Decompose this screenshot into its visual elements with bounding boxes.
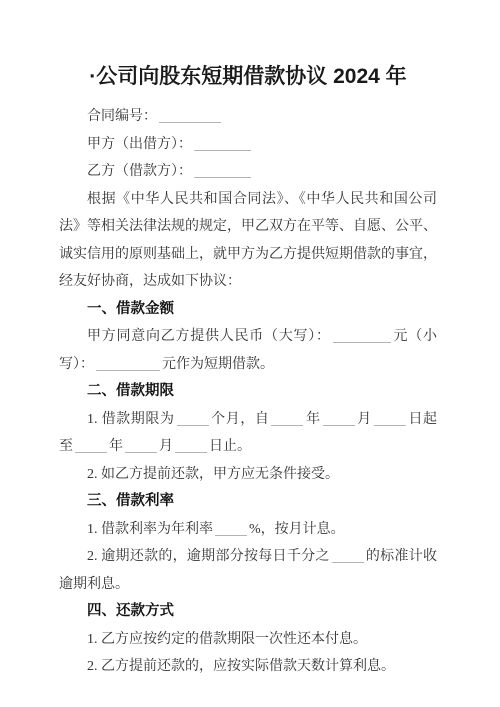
clause-text: 2. 乙方提前还款的，应按实际借款天数计算利息。	[87, 659, 395, 674]
clause-repayment-2: 2. 乙方提前还款的，应按实际借款天数计算利息。	[59, 653, 437, 681]
clause-text: 元作为短期借款。	[162, 357, 274, 372]
blank-field-overdue-rate	[332, 550, 364, 563]
blank-field-annual-rate	[215, 523, 247, 536]
blank-field-amount-figures	[96, 358, 160, 371]
blank-field-party-b	[194, 165, 251, 178]
clause-loan-term-2: 2. 如乙方提前还款，甲方应无条件接受。	[59, 461, 437, 489]
section-heading-loan-term: 二、借款期限	[59, 378, 437, 406]
clause-text: 年	[305, 412, 320, 427]
clause-text: 月	[159, 439, 173, 454]
preamble-paragraph: 根据《中华人民共和国合同法》、《中华人民共和国公司法》等相关法律法规的规定，甲乙…	[59, 186, 437, 296]
field-party-a: 甲方（出借方）：	[59, 131, 437, 159]
section-heading-repayment: 四、还款方式	[59, 598, 437, 626]
clause-interest-rate-1: 1. 借款利率为年利率%，按月计息。	[59, 516, 437, 544]
blank-field-contract-number	[159, 110, 221, 123]
clause-text: 2. 逾期还款的，逾期部分按每日千分之	[87, 549, 330, 564]
clause-text: 个月，自	[211, 412, 270, 427]
blank-field-amount-words	[333, 330, 391, 343]
section-heading-loan-amount: 一、借款金额	[59, 296, 437, 324]
blank-field-end-year	[75, 440, 107, 453]
clause-text: 1. 借款利率为年利率	[87, 522, 213, 537]
blank-field-start-day	[374, 413, 406, 426]
field-contract-number-label: 合同编号：	[87, 109, 157, 124]
clause-repayment-1: 1. 乙方应按约定的借款期限一次性还本付息。	[59, 626, 437, 654]
document-page: ·公司向股东短期借款协议 2024 年 合同编号： 甲方（出借方）： 乙方（借款…	[0, 0, 500, 707]
blank-field-party-a	[194, 138, 251, 151]
section-heading-interest-rate: 三、借款利率	[59, 488, 437, 516]
blank-field-months	[177, 413, 209, 426]
clause-text: 甲方同意向乙方提供人民币（大写）：	[87, 329, 331, 344]
clause-text: %，按月计息。	[249, 522, 345, 537]
field-party-a-label: 甲方（出借方）：	[87, 137, 192, 152]
clause-text: 2. 如乙方提前还款，甲方应无条件接受。	[87, 467, 339, 482]
blank-field-start-year	[271, 413, 303, 426]
clause-loan-amount: 甲方同意向乙方提供人民币（大写）：元（小写）：元作为短期借款。	[59, 323, 437, 378]
clause-interest-rate-2: 2. 逾期还款的，逾期部分按每日千分之的标准计收逾期利息。	[59, 543, 437, 598]
clause-text: 日止。	[209, 439, 251, 454]
blank-field-end-day	[175, 440, 207, 453]
clause-text: 1. 乙方应按约定的借款期限一次性还本付息。	[87, 632, 367, 647]
document-content: ·公司向股东短期借款协议 2024 年 合同编号： 甲方（出借方）： 乙方（借款…	[59, 64, 437, 681]
document-title: ·公司向股东短期借款协议 2024 年	[59, 64, 437, 90]
blank-field-start-month	[323, 413, 355, 426]
clause-text: 月	[357, 412, 372, 427]
blank-field-end-month	[125, 440, 157, 453]
field-contract-number: 合同编号：	[59, 103, 437, 131]
field-party-b-label: 乙方（借款方）：	[87, 164, 192, 179]
clause-loan-term-1: 1. 借款期限为个月，自年月日起至年月日止。	[59, 406, 437, 461]
clause-text: 1. 借款期限为	[87, 412, 175, 427]
clause-text: 年	[109, 439, 123, 454]
field-party-b: 乙方（借款方）：	[59, 158, 437, 186]
